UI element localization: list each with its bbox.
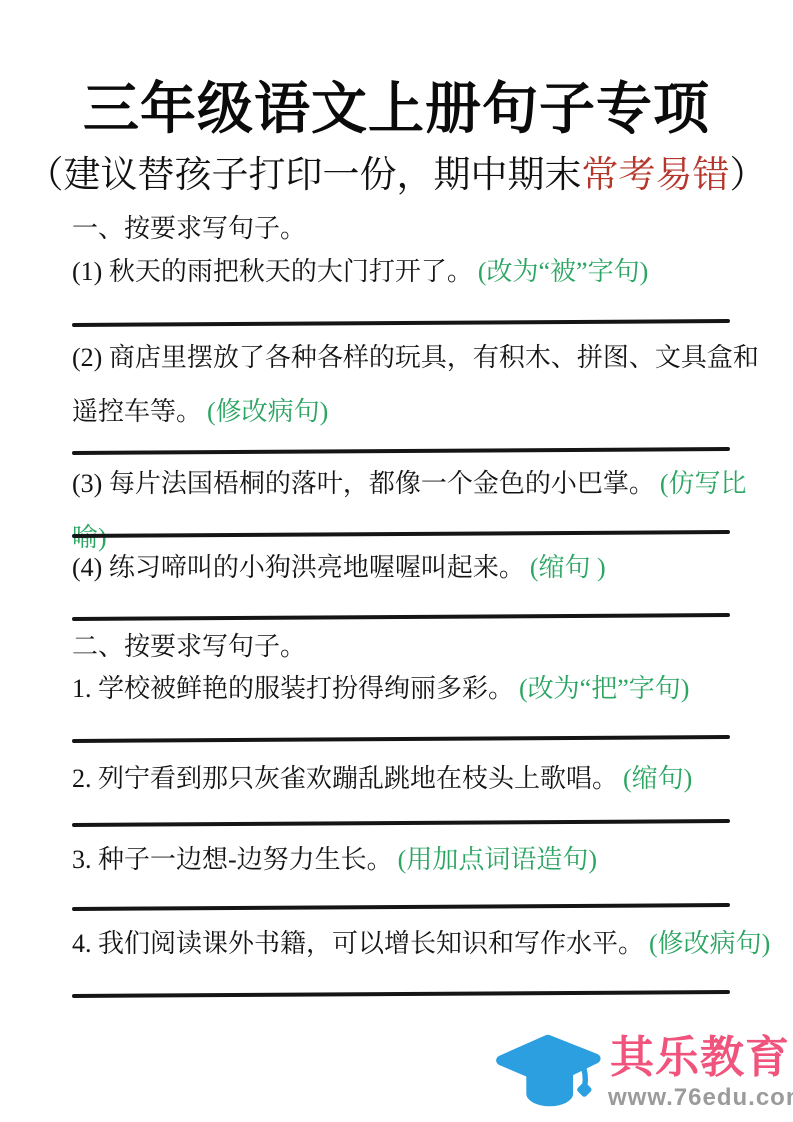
answer-line bbox=[72, 990, 730, 998]
question-1-4: (4) 练习啼叫的小狗洪亮地喔喔叫起来。(缩句 ) bbox=[72, 541, 772, 595]
question-2-4: 4. 我们阅读课外书籍，可以增长知识和写作水平。(修改病句) bbox=[72, 917, 772, 971]
question-annotation: (改为“被”字句) bbox=[478, 257, 648, 286]
question-text: 3. 种子一边想-边努力生长。 bbox=[72, 845, 393, 874]
section-1-heading: 一、按要求写句子。 bbox=[72, 208, 306, 245]
question-2-3: 3. 种子一边想-边努力生长。(用加点词语造句) bbox=[72, 833, 772, 887]
page-subtitle: （建议替孩子打印一份，期中期末常考易错） bbox=[0, 152, 793, 200]
answer-line bbox=[72, 903, 730, 911]
subtitle-prefix: （建议替孩子打印一份，期中期末 bbox=[27, 155, 582, 196]
question-2-2: 2. 列宁看到那只灰雀欢蹦乱跳地在枝头上歌唱。(缩句) bbox=[72, 752, 772, 806]
brand-name: 其乐教育 bbox=[610, 1034, 790, 1082]
question-text: (2) 商店里摆放了各种各样的玩具，有积木、拼图、文具盒和遥控车等。 bbox=[72, 343, 759, 426]
answer-line bbox=[72, 735, 730, 743]
question-annotation: (修改病句) bbox=[207, 397, 328, 426]
brand-url: www.76edu.com bbox=[608, 1084, 793, 1112]
question-text: (4) 练习啼叫的小狗洪亮地喔喔叫起来。 bbox=[72, 553, 525, 582]
answer-line bbox=[72, 613, 730, 621]
question-text: 2. 列宁看到那只灰雀欢蹦乱跳地在枝头上歌唱。 bbox=[72, 764, 618, 793]
question-annotation: (改为“把”字句) bbox=[519, 674, 689, 703]
subtitle-highlight: 常考易错 bbox=[582, 155, 730, 196]
graduation-cap-icon bbox=[488, 1028, 606, 1118]
question-text: (1) 秋天的雨把秋天的大门打开了。 bbox=[72, 257, 473, 286]
brand-footer: 其乐教育 www.76edu.com bbox=[488, 1028, 788, 1118]
question-annotation: (缩句 ) bbox=[530, 553, 606, 582]
page-title: 三年级语文上册句子专项 bbox=[0, 74, 793, 144]
answer-line bbox=[72, 819, 730, 827]
question-1-2: (2) 商店里摆放了各种各样的玩具，有积木、拼图、文具盒和遥控车等。(修改病句) bbox=[72, 331, 772, 439]
question-annotation: (修改病句) bbox=[649, 929, 770, 958]
question-text: 4. 我们阅读课外书籍，可以增长知识和写作水平。 bbox=[72, 929, 644, 958]
answer-line bbox=[72, 319, 730, 327]
worksheet-page: 三年级语文上册句子专项 （建议替孩子打印一份，期中期末常考易错） 一、按要求写句… bbox=[0, 0, 793, 1122]
question-text: (3) 每片法国梧桐的落叶，都像一个金色的小巴掌。 bbox=[72, 469, 655, 498]
question-2-1: 1. 学校被鲜艳的服装打扮得绚丽多彩。(改为“把”字句) bbox=[72, 662, 772, 716]
subtitle-suffix: ） bbox=[730, 155, 767, 196]
section-2-heading: 二、按要求写句子。 bbox=[72, 626, 306, 663]
question-1-1: (1) 秋天的雨把秋天的大门打开了。(改为“被”字句) bbox=[72, 245, 772, 299]
question-annotation: (缩句) bbox=[623, 764, 692, 793]
question-annotation: (用加点词语造句) bbox=[398, 845, 597, 874]
question-text: 1. 学校被鲜艳的服装打扮得绚丽多彩。 bbox=[72, 674, 514, 703]
answer-line bbox=[72, 447, 730, 455]
